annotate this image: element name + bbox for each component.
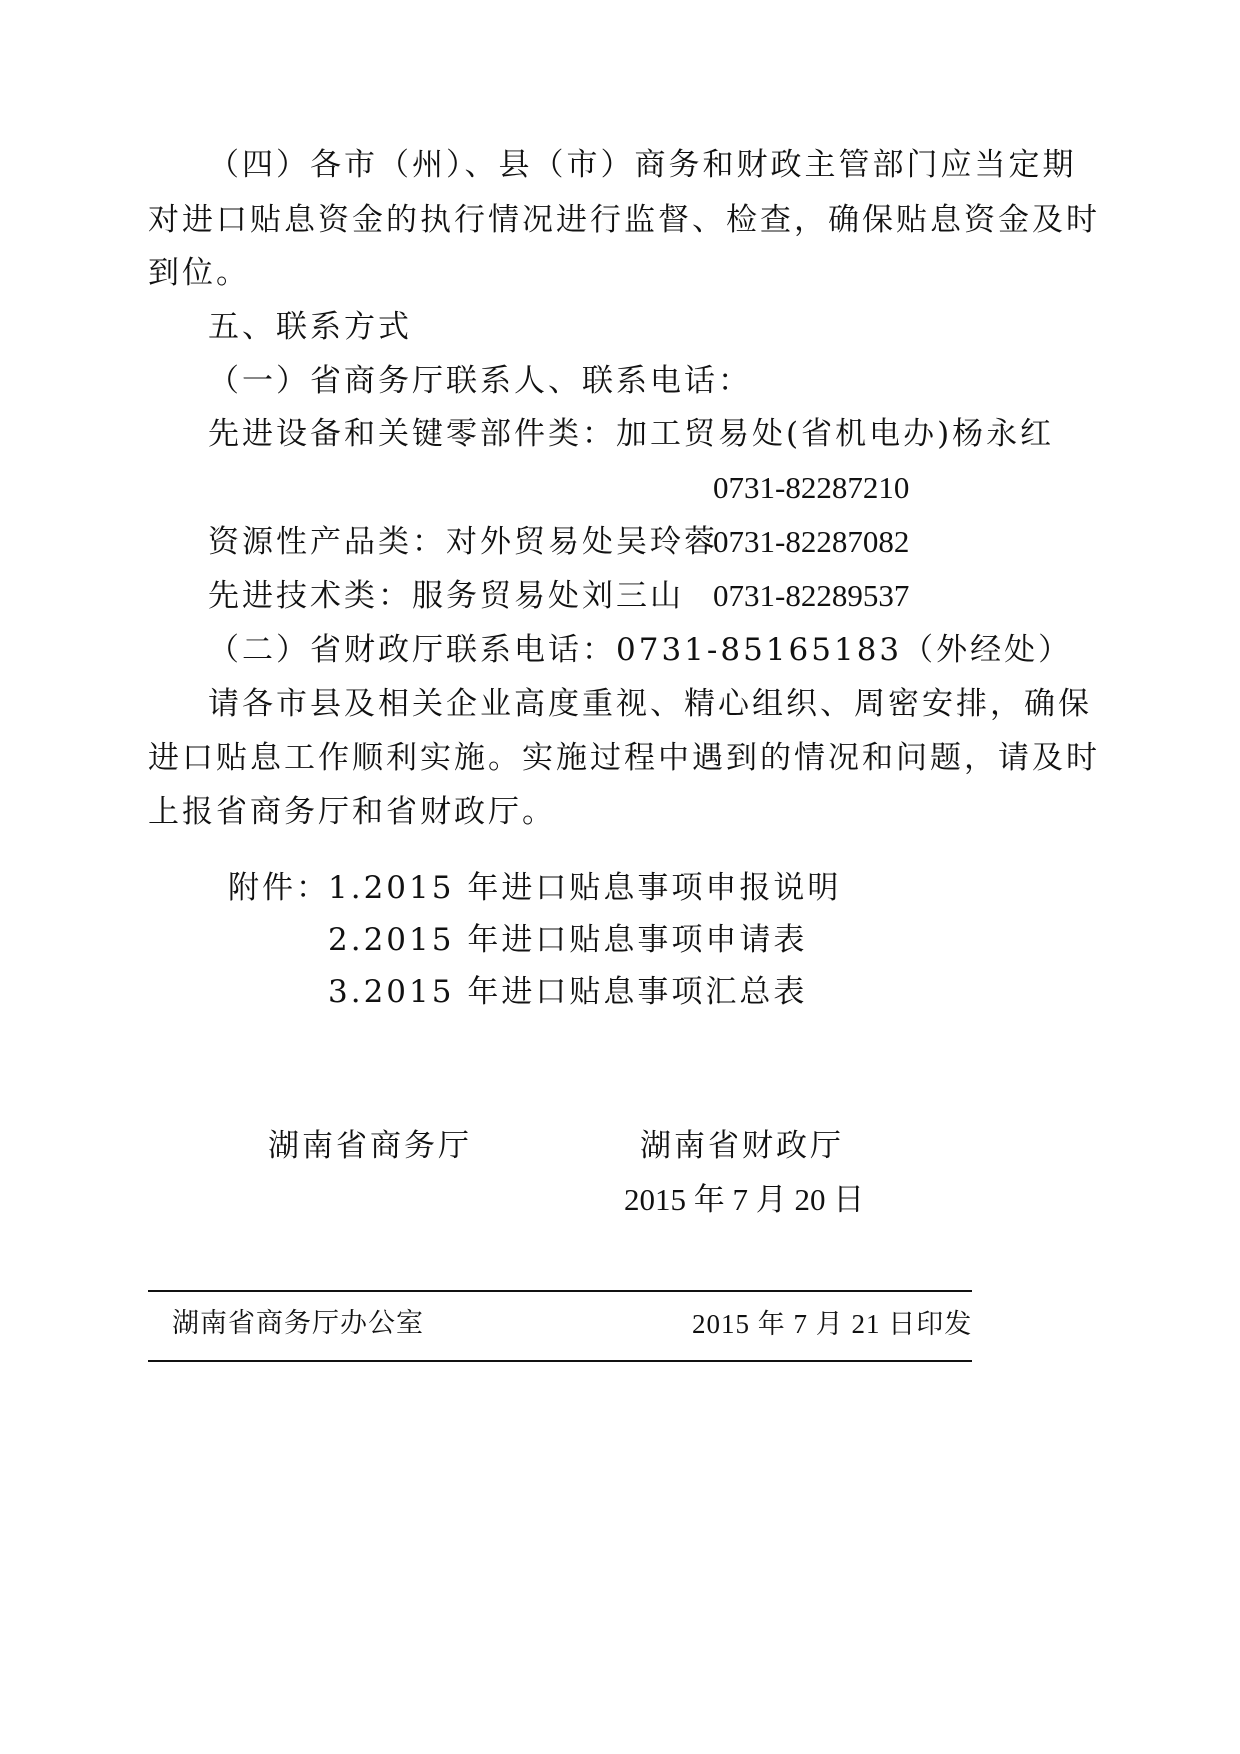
section-five-heading: 五、联系方式 [208,307,412,347]
footer-print-date: 2015 年 7 月 21 日印发 [692,1306,972,1342]
attachment-item: 1.2015 年进口贴息事项申报说明 [328,868,841,908]
attachment-item: 3.2015 年进口贴息事项汇总表 [328,972,807,1012]
closing-line2: 进口贴息工作顺利实施。实施过程中遇到的情况和问题，请及时 [148,738,1100,778]
para-four-line1: （四）各市（州）、县（市）商务和财政主管部门应当定期 [208,145,1077,185]
footer-office: 湖南省商务厅办公室 [172,1306,424,1342]
contact-phone: 0731-82289537 [713,576,909,616]
contact-phone: 0731-82287082 [713,522,909,562]
issuer-commerce: 湖南省商务厅 [268,1126,472,1166]
footer-top-rule [148,1290,972,1292]
issue-date: 2015 年 7 月 20 日 [624,1180,864,1220]
contacts-finance: （二）省财政厅联系电话：0731-85165183（外经处） [208,630,1072,670]
para-four-line3: 到位。 [148,253,250,293]
contact-category: 先进设备和关键零部件类：加工贸易处(省机电办)杨永红 [208,414,1054,454]
issuer-finance: 湖南省财政厅 [640,1126,844,1166]
closing-line3: 上报省商务厅和省财政厅。 [148,792,556,832]
attachments-label: 附件： [228,868,330,908]
attachment-item: 2.2015 年进口贴息事项申请表 [328,920,807,960]
contact-category: 先进技术类：服务贸易处刘三山 [208,576,684,616]
contacts-commerce-heading: （一）省商务厅联系人、联系电话： [208,361,752,401]
para-four-line2: 对进口贴息资金的执行情况进行监督、检查，确保贴息资金及时 [148,200,1100,240]
contact-category: 资源性产品类：对外贸易处吴玲蓉 [208,522,718,562]
contact-phone: 0731-82287210 [713,468,909,508]
footer-bottom-rule [148,1360,972,1362]
closing-line1: 请各市县及相关企业高度重视、精心组织、周密安排，确保 [208,684,1092,724]
